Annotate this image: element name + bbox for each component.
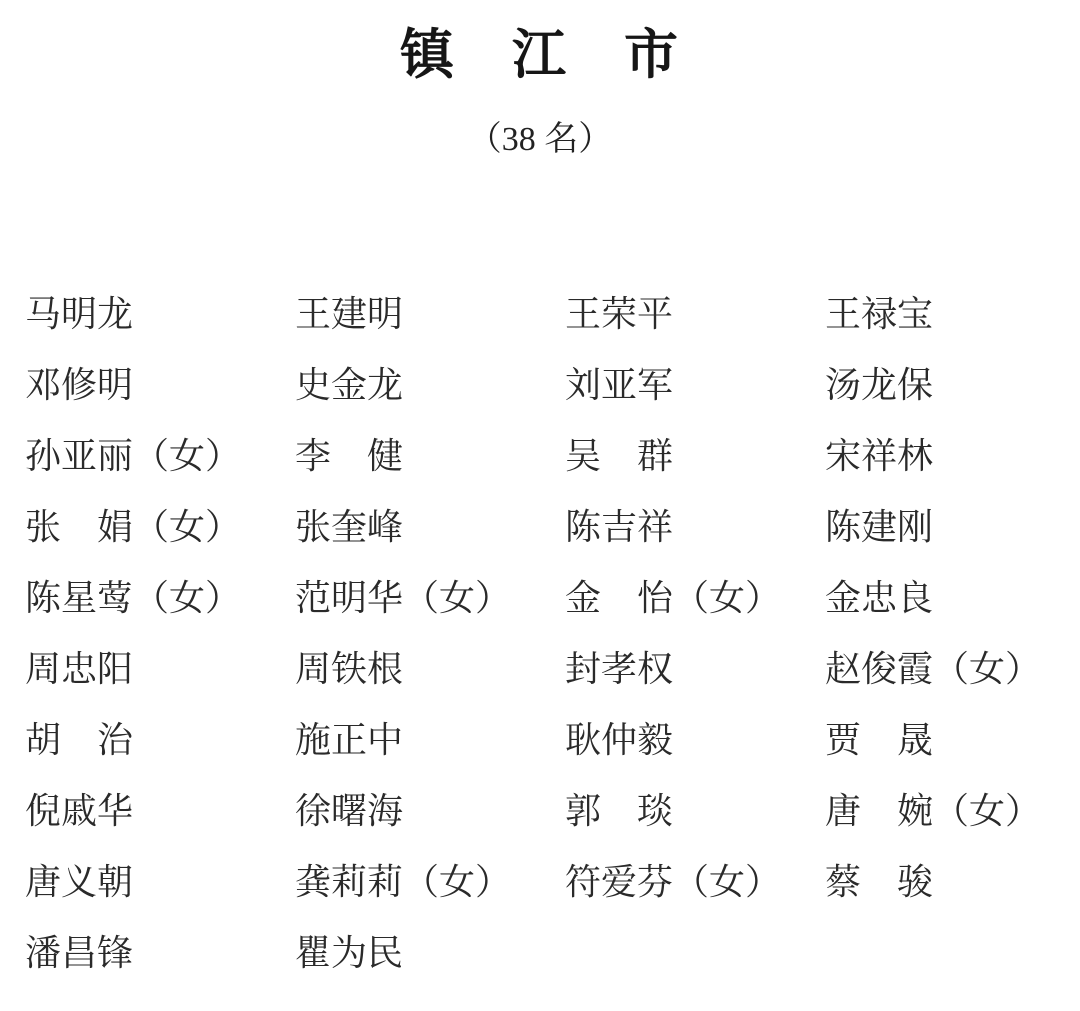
roster-name: 吴 群 — [565, 421, 825, 492]
roster-name: 马明龙 — [25, 279, 295, 350]
roster-name: 张奎峰 — [295, 492, 565, 563]
roster-name: 史金龙 — [295, 350, 565, 421]
roster-name: 邓修明 — [25, 350, 295, 421]
roster-name: 范明华（女） — [295, 563, 565, 634]
roster-name: 陈吉祥 — [565, 492, 825, 563]
page-title: 镇 江 市 — [0, 24, 1080, 86]
roster-name: 蔡 骏 — [825, 847, 1050, 918]
roster-name: 周铁根 — [295, 634, 565, 705]
roster-name: 金忠良 — [825, 563, 1050, 634]
roster-name: 赵俊霞（女） — [825, 634, 1050, 705]
roster-name: 施正中 — [295, 705, 565, 776]
roster-name: 陈建刚 — [825, 492, 1050, 563]
roster-name: 周忠阳 — [25, 634, 295, 705]
roster-name: 徐曙海 — [295, 776, 565, 847]
roster-name: 陈星莺（女） — [25, 563, 295, 634]
roster-name: 汤龙保 — [825, 350, 1050, 421]
roster-name: 郭 琰 — [565, 776, 825, 847]
roster-name: 王建明 — [295, 279, 565, 350]
roster-name: 潘昌锋 — [25, 918, 295, 989]
roster-name: 龚莉莉（女） — [295, 847, 565, 918]
roster-name: 王禄宝 — [825, 279, 1050, 350]
roster-name: 唐义朝 — [25, 847, 295, 918]
roster-name: 宋祥林 — [825, 421, 1050, 492]
roster-name: 倪戚华 — [25, 776, 295, 847]
roster-name: 耿仲毅 — [565, 705, 825, 776]
roster-name: 金 怡（女） — [565, 563, 825, 634]
roster-name: 封孝权 — [565, 634, 825, 705]
roster-name: 王荣平 — [565, 279, 825, 350]
roster-name: 唐 婉（女） — [825, 776, 1050, 847]
roster-name: 符爱芬（女） — [565, 847, 825, 918]
page-subtitle-count: （38 名） — [0, 120, 1080, 161]
roster-name: 张 娟（女） — [25, 492, 295, 563]
roster-name: 孙亚丽（女） — [25, 421, 295, 492]
roster-name: 刘亚军 — [565, 350, 825, 421]
roster-name: 李 健 — [295, 421, 565, 492]
name-roster-grid: 马明龙 王建明 王荣平 王禄宝 邓修明 史金龙 刘亚军 汤龙保 孙亚丽（女） 李… — [0, 279, 1080, 989]
roster-name: 瞿为民 — [295, 918, 565, 989]
roster-name: 胡 治 — [25, 705, 295, 776]
document-page: 镇 江 市 （38 名） 马明龙 王建明 王荣平 王禄宝 邓修明 史金龙 刘亚军… — [0, 0, 1080, 1011]
roster-name: 贾 晟 — [825, 705, 1050, 776]
